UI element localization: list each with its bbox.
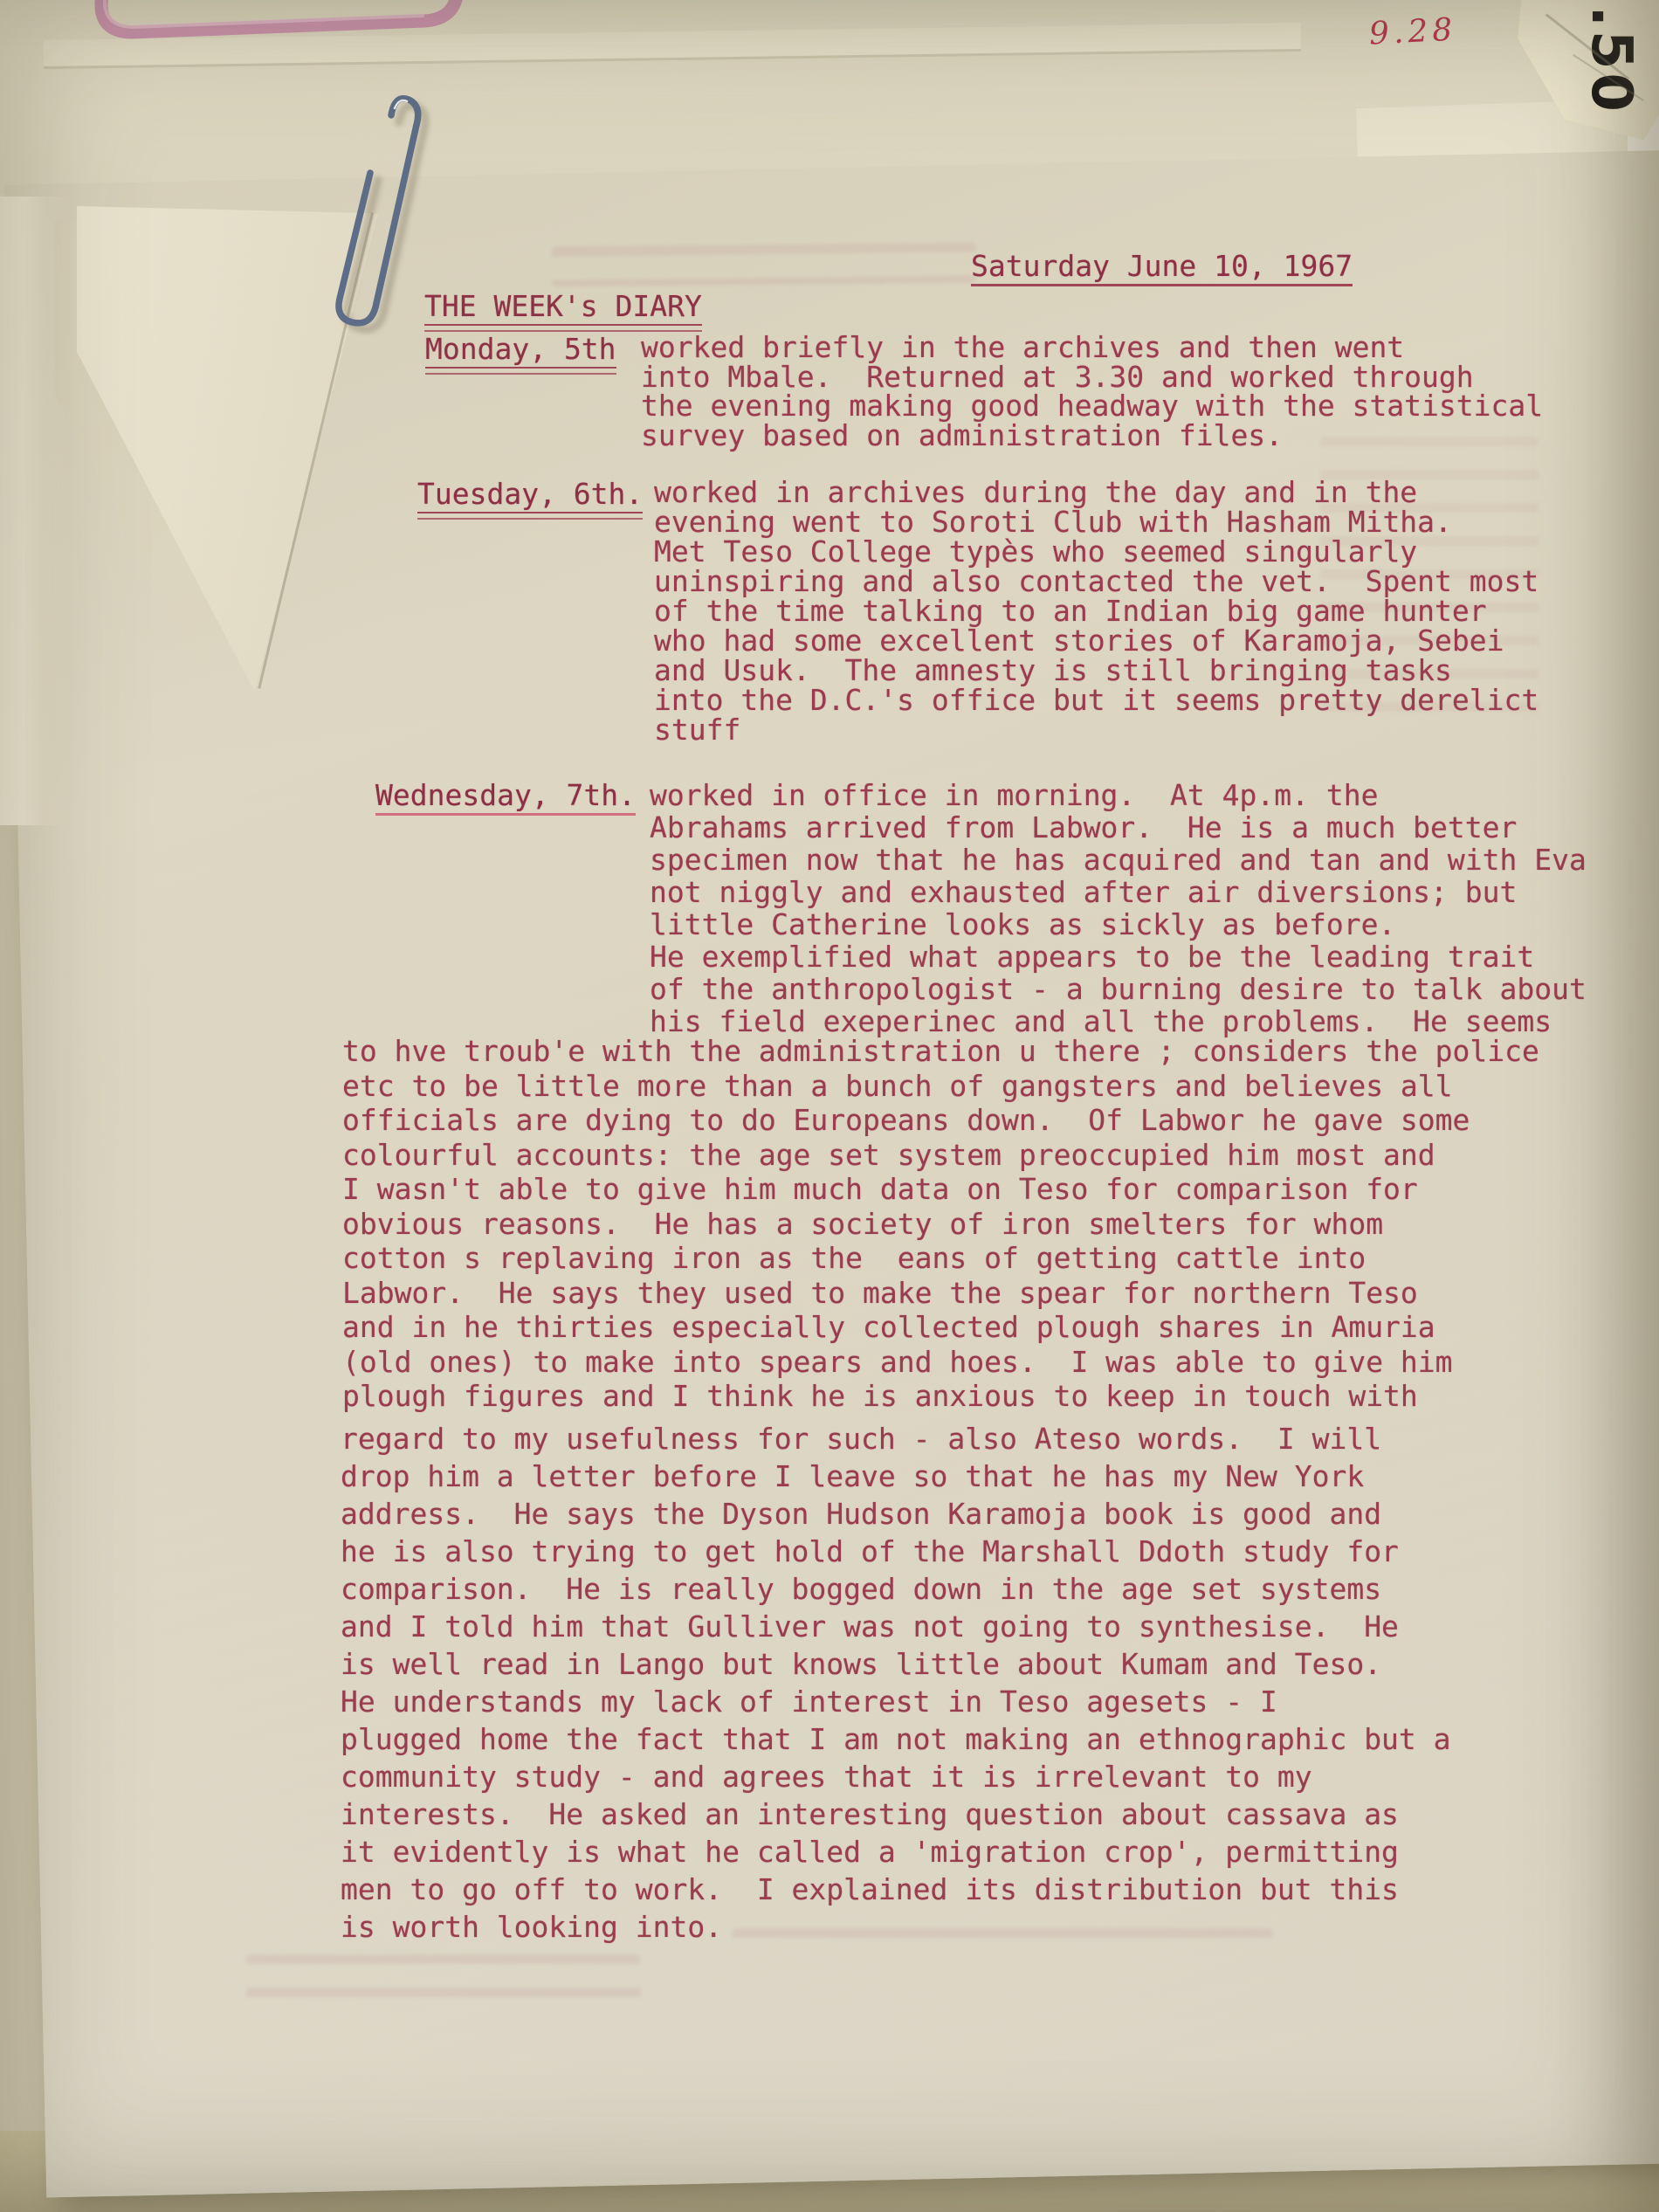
typed-line: Labwor. He says they used to make the sp… bbox=[342, 1276, 1539, 1311]
typed-line: who had some excellent stories of Karamo… bbox=[654, 626, 1539, 656]
entry-monday-text: worked briefly in the archives and then … bbox=[641, 333, 1543, 450]
typed-line: into Mbale. Returned at 3.30 and worked … bbox=[641, 362, 1543, 392]
typed-line: (old ones) to make into spears and hoes.… bbox=[342, 1345, 1539, 1380]
typed-line: obvious reasons. He has a society of iro… bbox=[342, 1207, 1539, 1242]
typed-line: worked briefly in the archives and then … bbox=[641, 333, 1543, 362]
typed-line: little Catherine looks as sickly as befo… bbox=[650, 908, 1587, 941]
typed-line: Met Teso College typès who seemed singul… bbox=[654, 537, 1539, 567]
entry-label-monday: Monday, 5th bbox=[425, 334, 616, 369]
typed-line: to hve troub'e with the administration u… bbox=[342, 1034, 1539, 1069]
typed-line: evening went to Soroti Club with Hasham … bbox=[654, 507, 1539, 537]
date-heading: Saturday June 10, 1967 bbox=[971, 252, 1353, 286]
typed-line: specimen now that he has acquired and ta… bbox=[650, 844, 1587, 876]
typed-line: cotton s replaving iron as the eans of g… bbox=[342, 1241, 1539, 1276]
typed-line: etc to be little more than a bunch of ga… bbox=[342, 1069, 1539, 1104]
entry-tuesday-text: worked in archives during the day and in… bbox=[654, 478, 1539, 745]
typed-line: and Usuk. The amnesty is still bringing … bbox=[654, 656, 1539, 686]
typed-line: it evidently is what he called a 'migrat… bbox=[341, 1833, 1451, 1871]
typed-line: uninspiring and also contacted the vet. … bbox=[654, 567, 1539, 596]
typed-line: drop him a letter before I leave so that… bbox=[341, 1457, 1451, 1495]
typed-line: his field exeperinec and all the problem… bbox=[650, 1005, 1587, 1037]
typed-line: colourful accounts: the age set system p… bbox=[342, 1138, 1539, 1173]
typed-line: interests. He asked an interesting quest… bbox=[341, 1795, 1451, 1833]
diary-paragraph-2: regard to my usefulness for such - also … bbox=[341, 1420, 1451, 1946]
entry-label-wednesday: Wednesday, 7th. bbox=[375, 781, 636, 816]
typed-line: worked in archives during the day and in… bbox=[654, 478, 1539, 507]
typed-line: of the anthropologist - a burning desire… bbox=[650, 973, 1587, 1005]
typed-line: is well read in Lango but knows little a… bbox=[341, 1645, 1451, 1683]
typed-line: and in he thirties especially collected … bbox=[342, 1310, 1539, 1345]
entry-wednesday-text: worked in office in morning. At 4p.m. th… bbox=[650, 779, 1587, 1037]
diary-title: THE WEEK's DIARY bbox=[424, 292, 702, 326]
typed-line: I wasn't able to give him much data on T… bbox=[342, 1172, 1539, 1207]
typed-line: into the D.C.'s office but it seems pret… bbox=[654, 686, 1539, 715]
typed-line: worked in office in morning. At 4p.m. th… bbox=[650, 779, 1587, 811]
handwritten-number: 9.28 bbox=[1368, 11, 1457, 52]
diary-paragraph-1: to hve troub'e with the administration u… bbox=[342, 1034, 1539, 1414]
typed-line: regard to my usefulness for such - also … bbox=[341, 1420, 1451, 1457]
typed-line: survey based on administration files. bbox=[641, 421, 1543, 451]
typed-line: stuff bbox=[654, 715, 1539, 745]
bleed-through-ghost-text bbox=[246, 1954, 641, 2009]
typed-line: plough figures and I think he is anxious… bbox=[342, 1379, 1539, 1414]
typed-line: not niggly and exhausted after air diver… bbox=[650, 876, 1587, 908]
typed-line: Abrahams arrived from Labwor. He is a mu… bbox=[650, 811, 1587, 844]
typed-line: the evening making good headway with the… bbox=[641, 391, 1543, 421]
typed-line: of the time talking to an Indian big gam… bbox=[654, 596, 1539, 626]
typed-line: community study - and agrees that it is … bbox=[341, 1758, 1451, 1795]
typed-line: He understands my lack of interest in Te… bbox=[341, 1683, 1451, 1720]
typed-line: he is also trying to get hold of the Mar… bbox=[341, 1533, 1451, 1570]
entry-label-tuesday: Tuesday, 6th. bbox=[417, 479, 643, 513]
typed-line: address. He says the Dyson Hudson Karamo… bbox=[341, 1495, 1451, 1533]
bleed-through-ghost-text bbox=[552, 242, 976, 286]
typed-line: plugged home the fact that I am not maki… bbox=[341, 1720, 1451, 1758]
typed-line: officials are dying to do Europeans down… bbox=[342, 1103, 1539, 1138]
file-tab-number: 0.50 bbox=[1579, 0, 1643, 115]
archival-photo-scene: Saturday June 10, 1967 THE WEEK's DIARY … bbox=[0, 0, 1659, 2212]
typed-line: and I told him that Gulliver was not goi… bbox=[341, 1608, 1451, 1645]
typed-line: men to go off to work. I explained its d… bbox=[341, 1871, 1451, 1908]
typed-line: is worth looking into. bbox=[341, 1908, 1451, 1946]
typed-line: comparison. He is really bogged down in … bbox=[341, 1570, 1451, 1608]
typed-line: He exemplified what appears to be the le… bbox=[650, 941, 1587, 973]
